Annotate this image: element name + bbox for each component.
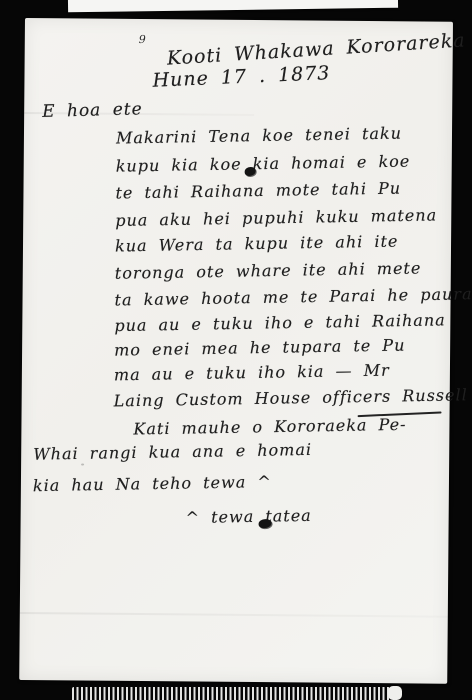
handwriting-line: Makarini Tena koe tenei taku xyxy=(116,126,402,147)
handwriting-line: Kati mauhe o Kororaeka Pe- xyxy=(133,417,406,438)
handwriting-line: toronga ote whare ite ahi mete xyxy=(115,260,422,281)
handwriting-line: ma au e tuku iho kia — Mr xyxy=(114,363,390,384)
ink-blot xyxy=(259,519,272,528)
letter-date: Hune 17 . 1873 xyxy=(152,64,331,91)
film-edge-strip-end-cap xyxy=(388,686,402,700)
letter-body: Makarini Tena koe tenei takukupu kia koe… xyxy=(25,18,453,22)
handwriting-line: kupu kia koe kia homai e koe xyxy=(116,154,411,175)
handwriting-line: kua Wera ta kupu ite ahi ite xyxy=(115,234,399,255)
handwriting-line: pua aku hei pupuhi kuku matena xyxy=(115,207,437,229)
handwriting-line: pua au e tuku iho e tahi Raihana xyxy=(114,312,446,334)
handwriting-line: Whai rangi kua ana e homai xyxy=(33,442,312,463)
page-number-mark: 9 xyxy=(139,33,146,46)
paper-smudge xyxy=(174,187,176,189)
letter-page: 9 Kooti Whakawa Kororareka Hune 17 . 187… xyxy=(19,18,453,684)
film-edge-tick-strip xyxy=(72,687,390,700)
handwriting-line: ^ tewa tatea xyxy=(186,508,312,526)
handwriting-line: ta kawe hoota me te Parai he paura xyxy=(114,286,472,308)
paper-crease xyxy=(20,612,448,618)
photographed-letter-scan: 9 Kooti Whakawa Kororareka Hune 17 . 187… xyxy=(0,0,472,700)
previous-page-edge xyxy=(68,0,398,12)
ink-blot xyxy=(245,167,256,176)
salutation: E hoa ete xyxy=(42,101,143,121)
handwriting-line: te tahi Raihana mote tahi Pu xyxy=(115,181,401,202)
handwriting-line: kia hau Na teho tewa ^ xyxy=(33,474,272,494)
handwriting-line: Laing Custom House officers Russell xyxy=(114,387,468,409)
paper-smudge xyxy=(81,464,84,466)
handwriting-line: mo enei mea he tupara te Pu xyxy=(114,338,406,359)
